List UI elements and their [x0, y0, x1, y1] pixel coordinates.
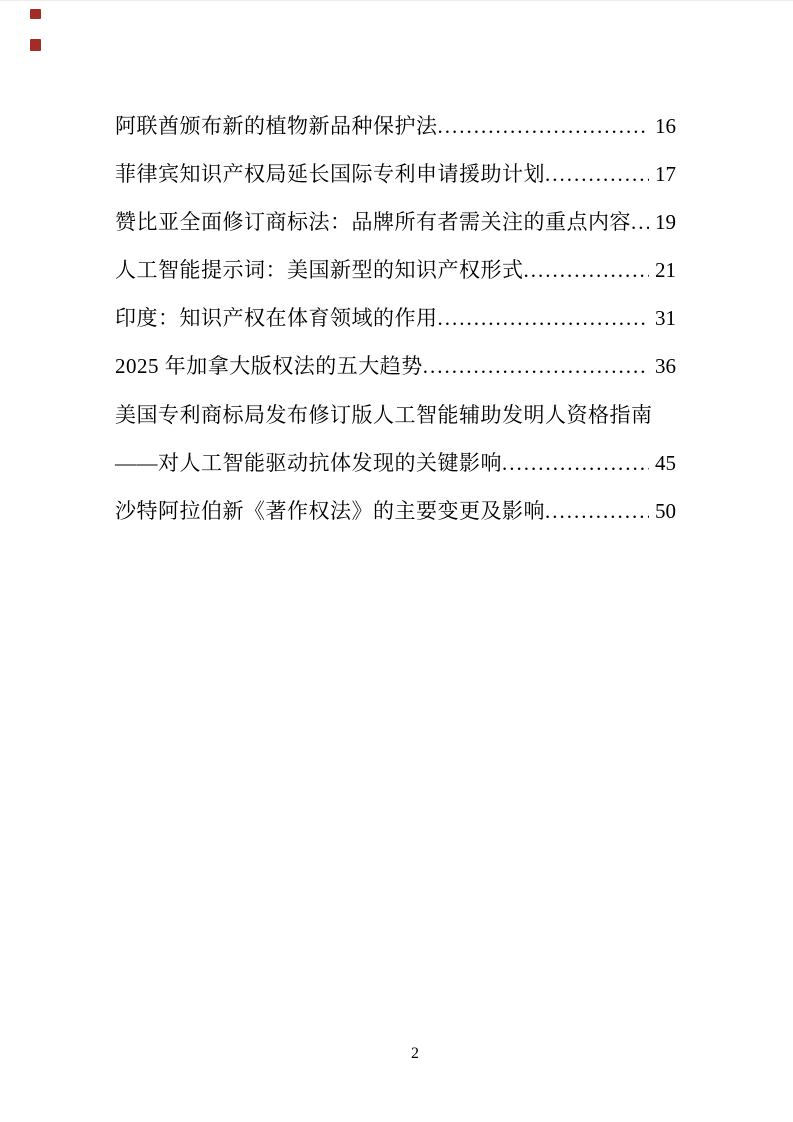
toc-entry-second-line[interactable]: ——对人工智能驱动抗体发现的关键影响 45 — [115, 439, 676, 487]
toc-entry-title: ——对人工智能驱动抗体发现的关键影响 — [115, 439, 502, 487]
dot-leader — [545, 150, 649, 198]
toc-entry-title: 2025 年加拿大版权法的五大趋势 — [115, 342, 423, 390]
toc-entry-page-number: 45 — [649, 439, 676, 487]
toc-entry[interactable]: 人工智能提示词：美国新型的知识产权形式 21 — [115, 246, 676, 294]
toc-entry[interactable]: 赞比亚全面修订商标法：品牌所有者需关注的重点内容 19 — [115, 198, 676, 246]
dot-leader — [631, 198, 649, 246]
toc-entry[interactable]: 阿联酋颁布新的植物新品种保护法 16 — [115, 102, 676, 150]
toc-entry-page-number: 17 — [649, 150, 676, 198]
dot-leader — [545, 487, 649, 535]
red-mark-top — [30, 9, 41, 19]
toc-entry[interactable]: 沙特阿拉伯新《著作权法》的主要变更及影响 50 — [115, 487, 676, 535]
dot-leader — [423, 342, 649, 390]
toc-entry-page-number: 21 — [649, 246, 676, 294]
toc-entry-page-number: 50 — [649, 487, 676, 535]
red-mark-bottom — [30, 39, 41, 51]
table-of-contents: 阿联酋颁布新的植物新品种保护法 16 菲律宾知识产权局延长国际专利申请援助计划 … — [115, 102, 676, 535]
dot-leader — [502, 439, 649, 487]
toc-entry-title: 阿联酋颁布新的植物新品种保护法 — [115, 102, 438, 150]
toc-entry-title: 人工智能提示词：美国新型的知识产权形式 — [115, 246, 524, 294]
toc-entry-page-number: 19 — [649, 198, 676, 246]
toc-entry-page-number: 36 — [649, 342, 676, 390]
toc-entry-first-line[interactable]: 美国专利商标局发布修订版人工智能辅助发明人资格指南 — [115, 391, 676, 439]
dot-leader — [438, 294, 650, 342]
toc-entry-title: 印度：知识产权在体育领域的作用 — [115, 294, 438, 342]
toc-entry-title: 沙特阿拉伯新《著作权法》的主要变更及影响 — [115, 487, 545, 535]
dot-leader — [524, 246, 650, 294]
toc-entry[interactable]: 2025 年加拿大版权法的五大趋势 36 — [115, 342, 676, 390]
toc-entry-page-number: 16 — [649, 102, 676, 150]
document-page: 阿联酋颁布新的植物新品种保护法 16 菲律宾知识产权局延长国际专利申请援助计划 … — [0, 0, 793, 1122]
toc-entry-title: 赞比亚全面修订商标法：品牌所有者需关注的重点内容 — [115, 198, 631, 246]
page-number: 2 — [411, 1045, 419, 1063]
toc-entry-page-number: 31 — [649, 294, 676, 342]
dot-leader — [438, 102, 650, 150]
toc-entry[interactable]: 菲律宾知识产权局延长国际专利申请援助计划 17 — [115, 150, 676, 198]
toc-entry-title: 菲律宾知识产权局延长国际专利申请援助计划 — [115, 150, 545, 198]
toc-entry-title: 美国专利商标局发布修订版人工智能辅助发明人资格指南 — [115, 391, 653, 439]
toc-entry[interactable]: 印度：知识产权在体育领域的作用 31 — [115, 294, 676, 342]
